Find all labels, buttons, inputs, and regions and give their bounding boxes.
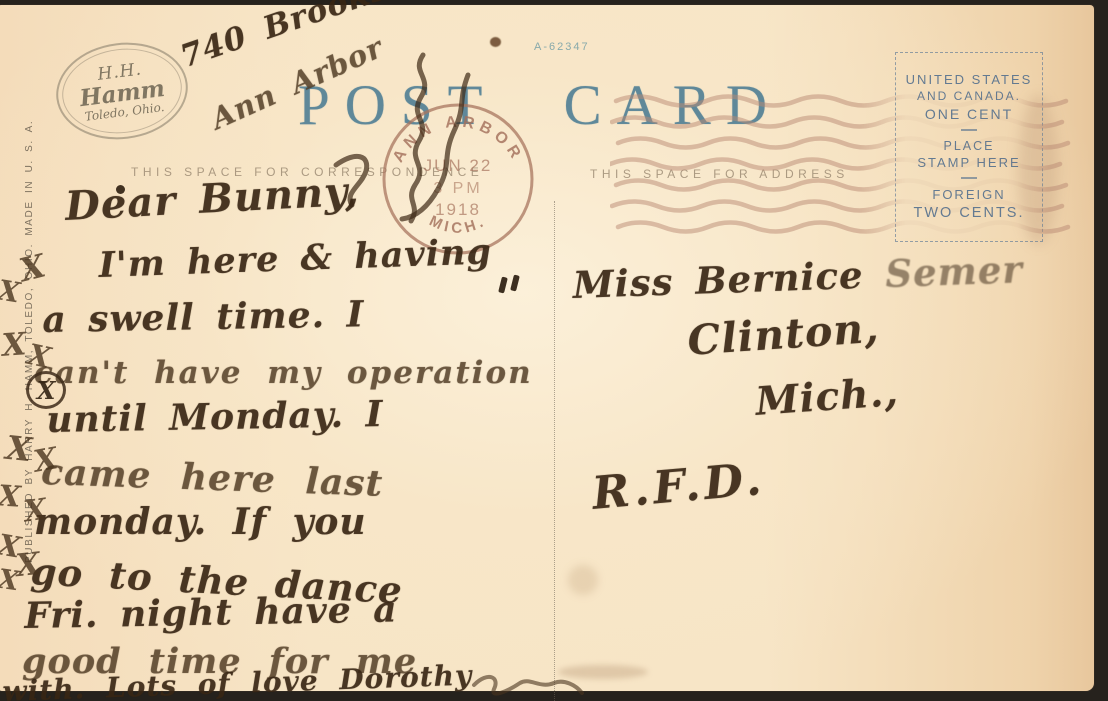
postcard-scan: H.H. Hamm Toledo, Ohio. A-62347 POST CAR… <box>0 0 1108 701</box>
stamp-box-line: UNITED STATES <box>906 71 1033 89</box>
message-line: I'm here & having <box>98 231 493 286</box>
kiss-mark: X <box>37 376 56 405</box>
message-line: a swell time. I <box>42 293 365 341</box>
addressee-name: Miss Bernice <box>572 253 864 307</box>
message-line: monday. If you <box>34 501 367 543</box>
publisher-logo-oval: H.H. Hamm Toledo, Ohio. <box>51 35 194 146</box>
center-divider-line <box>554 201 555 701</box>
pen-mark <box>498 277 508 294</box>
address-line-route: R.F.D. <box>590 452 767 520</box>
kiss-mark: X <box>0 564 21 598</box>
message-line: Dear Bunny, <box>64 168 361 230</box>
address-line-name: Miss Bernice Semer <box>572 247 1023 307</box>
kiss-mark: X <box>22 492 49 529</box>
postcard-back: H.H. Hamm Toledo, Ohio. A-62347 POST CAR… <box>0 5 1094 691</box>
publisher-logo-text: H.H. Hamm Toledo, Ohio. <box>76 59 167 124</box>
pen-mark <box>510 275 520 292</box>
addressee-surname: Semer <box>885 247 1024 296</box>
address-line-city: Clinton, <box>686 304 881 365</box>
message-line: can't have my operation <box>34 355 533 391</box>
signature-flourish <box>468 645 588 701</box>
circled-kiss-mark: X <box>26 371 66 409</box>
message-line: Fri. night have a <box>24 588 398 637</box>
serial-number: A-62347 <box>534 41 590 53</box>
kiss-mark: X <box>0 274 22 310</box>
kiss-mark: X <box>4 428 34 469</box>
message-line: until Monday. I <box>46 393 384 441</box>
kiss-mark: X <box>0 478 22 513</box>
smudge-stain <box>568 565 598 595</box>
message-line: came here last <box>41 451 384 505</box>
cancellation-wavy-lines <box>610 91 1073 243</box>
address-line-state: Mich., <box>754 369 900 425</box>
kiss-mark: X <box>1 326 28 364</box>
kiss-mark: X <box>31 441 60 480</box>
